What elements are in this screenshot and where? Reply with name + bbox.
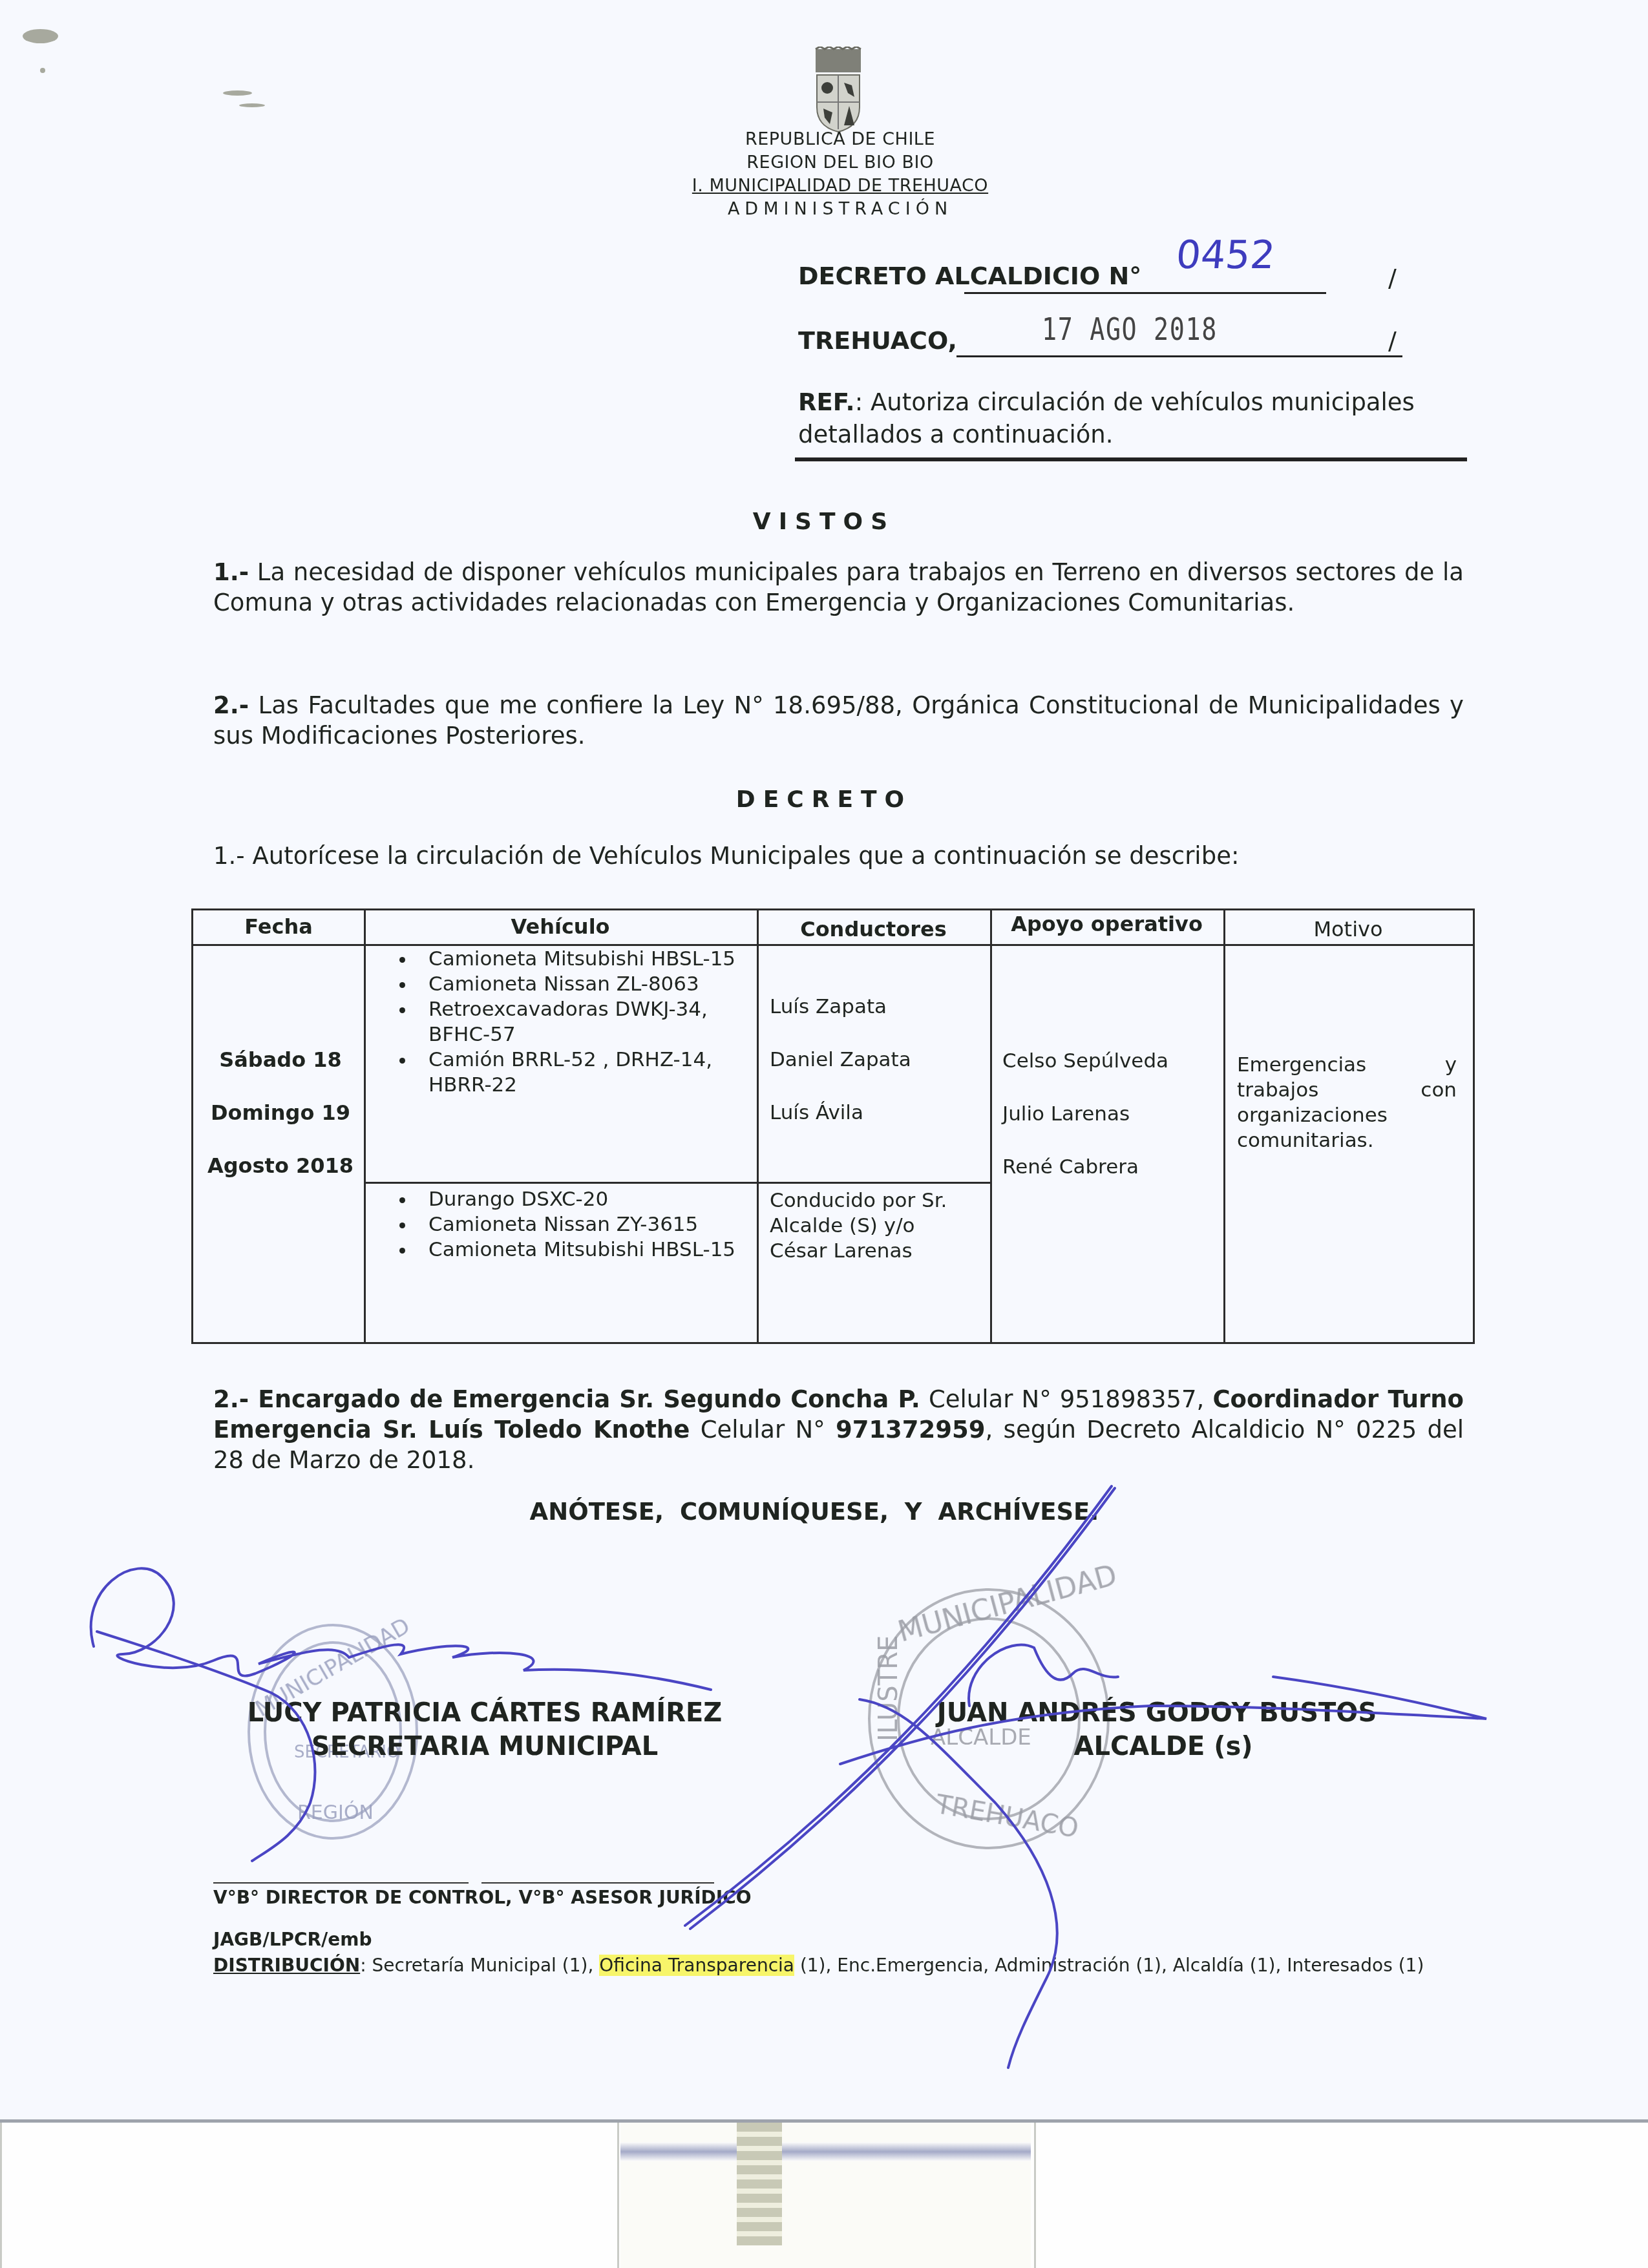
item-2-number: 2.- [213,1385,249,1413]
svg-text:REGIÓN: REGIÓN [297,1800,374,1824]
decree-number-underline [964,292,1326,294]
vehicle-item: Camioneta Mitsubishi HBSL-15 [416,1237,752,1263]
vistos-item-1-number: 1.- [213,558,249,586]
vehicle-item: Camioneta Mitsubishi HBSL-15 [416,947,752,972]
distribution-list: DISTRIBUCIÓN: Secretaría Municipal (1), … [213,1955,1424,1976]
header-municipality-text: I. MUNICIPALIDAD DE TREHUACO [692,176,988,196]
vistos-item-1-text: La necesidad de disponer vehículos munic… [213,558,1464,616]
distribution-highlighted: Oficina Transparencia [599,1955,794,1976]
apoyo-name: René Cabrera [1002,1155,1139,1180]
conductor-name: Daniel Zapata [770,1047,911,1073]
distribution-label: DISTRIBUCIÓN [213,1955,360,1976]
signatory-1-name: LUCY PATRICIA CÁRTES RAMÍREZ [246,1698,724,1728]
item-2-phone-1: Celular N° 951898357, [920,1385,1213,1413]
vehicle-list-group-1: Camioneta Mitsubishi HBSL-15 Camioneta N… [364,947,752,1098]
table-group-divider [364,1182,990,1184]
closing-formula: ANÓTESE, COMUNÍQUESE, Y ARCHÍVESE. [0,1498,1638,1526]
vistos-title: VISTOS [0,509,1648,535]
scanner-background [0,2123,1648,2268]
apoyo-name: Celso Sepúlveda [1002,1049,1168,1074]
item-2-emergency-manager: Encargado de Emergencia Sr. Segundo Conc… [249,1385,920,1413]
reference-text: : Autoriza circulación de vehículos muni… [798,388,1415,448]
table-divider [757,910,759,1342]
vb-juridico-signature-line [481,1882,714,1884]
header-municipality: I. MUNICIPALIDAD DE TREHUACO [646,176,1034,196]
reference-label: REF. [798,388,855,416]
conductor-name: Luís Ávila [770,1100,863,1126]
decreto-title: DECRETO [0,786,1648,813]
scanner-edge [617,2123,619,2268]
vistos-item-1: 1.- La necesidad de disponer vehículos m… [213,557,1464,618]
header-region: REGION DEL BIO BIO [646,152,1034,173]
header-department: ADMINISTRACIÓN [646,199,1034,219]
decreto-item-1: 1.- Autorícese la circulación de Vehícul… [213,841,1464,871]
vehicle-item: Camión BRRL-52 , DRHZ-14, HBRR-22 [416,1047,752,1098]
scan-speck [40,68,45,73]
distribution-text: : Secretaría Municipal (1), [360,1955,599,1976]
distribution-text-rest: (1), Enc.Emergencia, Administración (1),… [794,1955,1424,1976]
svg-text:TREHUACO: TREHUACO [933,1790,1081,1844]
vb-control-signature-line [213,1882,469,1884]
decree-number-label: DECRETO ALCALDICIO N° [798,262,1141,290]
vistos-item-2-text: Las Facultades que me confiere la Ley N°… [213,691,1464,750]
header-country: REPUBLICA DE CHILE [646,129,1034,149]
signature-alcalde-icon [685,1486,1486,2068]
vistos-item-2: 2.- Las Facultades que me confiere la Le… [213,690,1464,751]
document-page: REPUBLICA DE CHILE REGION DEL BIO BIO I.… [0,0,1648,2119]
motivo-text: Emergencias y trabajos con organizacione… [1237,1053,1457,1153]
vb-approvals: V°B° DIRECTOR DE CONTROL, V°B° ASESOR JU… [213,1887,752,1908]
scanner-shadow [620,2142,1031,2161]
place-label: TREHUACO, [798,326,957,355]
vehicle-item: Durango DSXC-20 [416,1187,752,1212]
column-header-fecha: Fecha [193,910,364,943]
conductor-name: Luís Zapata [770,994,887,1020]
item-2-phone-label: Celular N° [690,1416,835,1444]
column-header-apoyo: Apoyo operativo [990,908,1223,940]
film-strip-icon [737,2123,782,2245]
scan-speck [23,29,58,43]
date-stamp: 17 AGO 2018 [1042,311,1218,348]
apoyo-name: Julio Larenas [1002,1102,1130,1127]
decreto-item-2: 2.- Encargado de Emergencia Sr. Segundo … [213,1384,1464,1475]
column-header-motivo: Motivo [1223,913,1473,945]
date-slash: / [1388,326,1397,355]
column-header-conductores: Conductores [757,913,990,945]
svg-text:MUNICIPALIDAD: MUNICIPALIDAD [894,1559,1120,1648]
author-initials: JAGB/LPCR/emb [213,1929,372,1950]
vehicle-item: Camioneta Nissan ZY-3615 [416,1212,752,1237]
svg-text:ALCALDE: ALCALDE [931,1725,1031,1750]
scan-speck [239,103,265,107]
scanner-edge [0,2123,2,2268]
table-divider [990,910,992,1342]
item-2-phone-2: 971372959 [836,1416,986,1444]
vehicle-list-group-2: Durango DSXC-20 Camioneta Nissan ZY-3615… [364,1187,752,1263]
vehicle-item: Camioneta Nissan ZL-8063 [416,972,752,997]
decree-number-slash: / [1388,264,1397,292]
date-underline [956,355,1402,357]
decree-number-handwritten: 0452 [1174,233,1277,278]
fecha-line-3: Agosto 2018 [193,1153,368,1178]
fecha-line-1: Sábado 18 [193,1047,368,1072]
scan-speck [223,90,252,96]
table-divider [1223,910,1225,1342]
vehicle-item: Retroexcavadoras DWKJ-34, BFHC-57 [416,997,752,1047]
vistos-item-2-number: 2.- [213,691,249,719]
reference: REF.: Autoriza circulación de vehículos … [798,386,1477,451]
vehicles-table: Fecha Vehículo Conductores Apoyo operati… [191,908,1475,1344]
conductores-group-2: Conducido por Sr. Alcalde (S) y/o César … [770,1188,977,1264]
municipal-crest-logo [813,47,863,134]
scanner-slot [620,2123,1031,2268]
column-header-vehiculo: Vehículo [364,910,757,943]
scanner-edge [1034,2123,1036,2268]
fecha-line-2: Domingo 19 [193,1100,368,1125]
reference-underline [795,457,1467,461]
signatory-2-name: JUAN ANDRÉS GODOY BUSTOS [898,1698,1415,1728]
signatory-1-role: SECRETARIA MUNICIPAL [246,1732,724,1761]
signatory-2-role: ALCALDE (s) [1028,1732,1299,1761]
